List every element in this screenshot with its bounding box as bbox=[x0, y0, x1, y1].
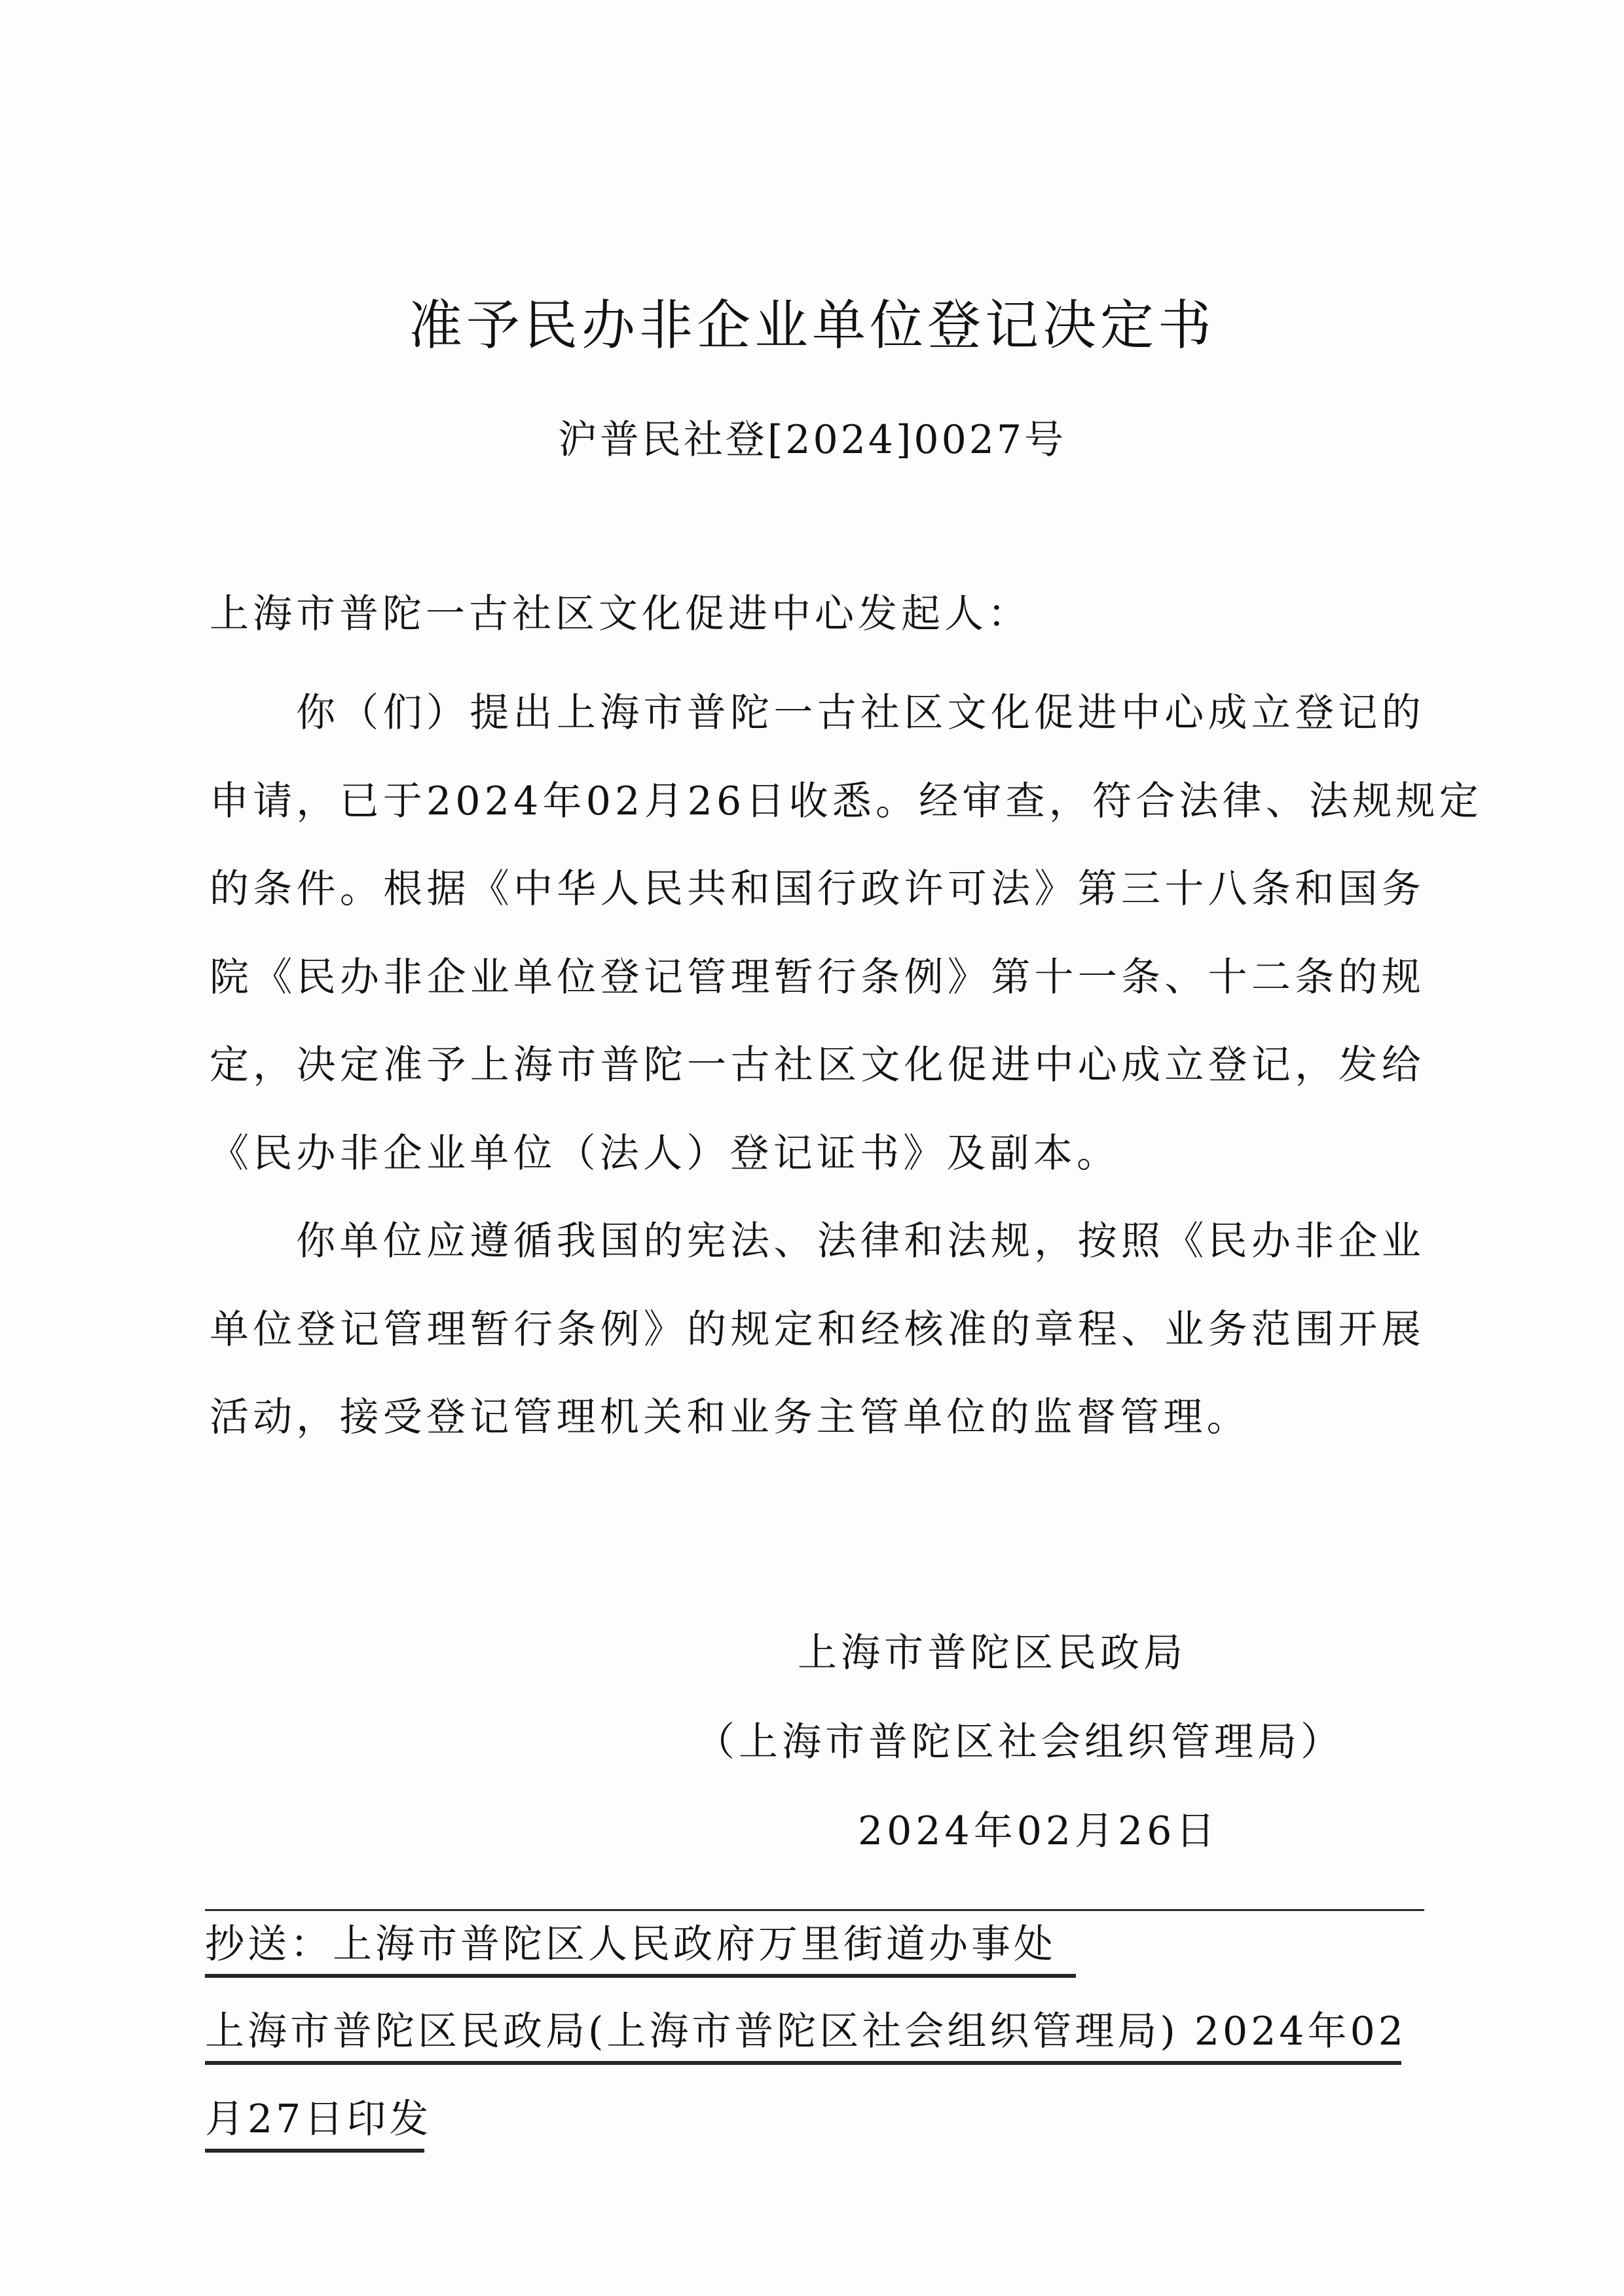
body-line: 院《民办非企业单位登记管理暂行条例》第十一条、十二条的规 bbox=[210, 934, 1425, 1022]
body-line: 的条件。根据《中华人民共和国行政许可法》第三十八条和国务 bbox=[210, 845, 1425, 934]
issue-date: 2024年02月26日 bbox=[858, 1798, 1219, 1864]
body-line: 你（们）提出上海市普陀一古社区文化促进中心成立登记的 bbox=[210, 669, 1425, 757]
issuing-organization-alias: （上海市普陀区社会组织管理局） bbox=[695, 1709, 1344, 1775]
separator-rule bbox=[205, 1909, 1424, 1911]
body-line: 单位登记管理暂行条例》的规定和经核准的章程、业务范围开展 bbox=[210, 1286, 1425, 1374]
body-line: 活动，接受登记管理机关和业务主管单位的监督管理。 bbox=[210, 1374, 1425, 1462]
body-line: 《民办非企业单位（法人）登记证书》及副本。 bbox=[210, 1110, 1425, 1198]
print-info: 上海市普陀区民政局(上海市普陀区社会组织管理局) 2024年02 bbox=[205, 2002, 1401, 2065]
print-info-continued: 月27日印发 bbox=[205, 2090, 424, 2153]
document-page: 准予民办非企业单位登记决定书 沪普民社登[2024]0027号 上海市普陀一古社… bbox=[0, 0, 1624, 2296]
body-line: 你单位应遵循我国的宪法、法律和法规，按照《民办非企业 bbox=[210, 1197, 1425, 1286]
issuing-organization: 上海市普陀区民政局 bbox=[798, 1620, 1187, 1686]
cc-recipients: 抄送：上海市普陀区人民政府万里街道办事处 bbox=[205, 1915, 1076, 1978]
document-body: 你（们）提出上海市普陀一古社区文化促进中心成立登记的 申请，已于2024年02月… bbox=[210, 669, 1425, 1462]
document-number: 沪普民社登[2024]0027号 bbox=[0, 407, 1624, 473]
addressee: 上海市普陀一古社区文化促进中心发起人： bbox=[210, 581, 1031, 647]
body-line: 定，决定准予上海市普陀一古社区文化促进中心成立登记，发给 bbox=[210, 1021, 1425, 1110]
document-title: 准予民办非企业单位登记决定书 bbox=[0, 293, 1624, 359]
body-line: 申请，已于2024年02月26日收悉。经审查，符合法律、法规规定 bbox=[210, 757, 1425, 846]
